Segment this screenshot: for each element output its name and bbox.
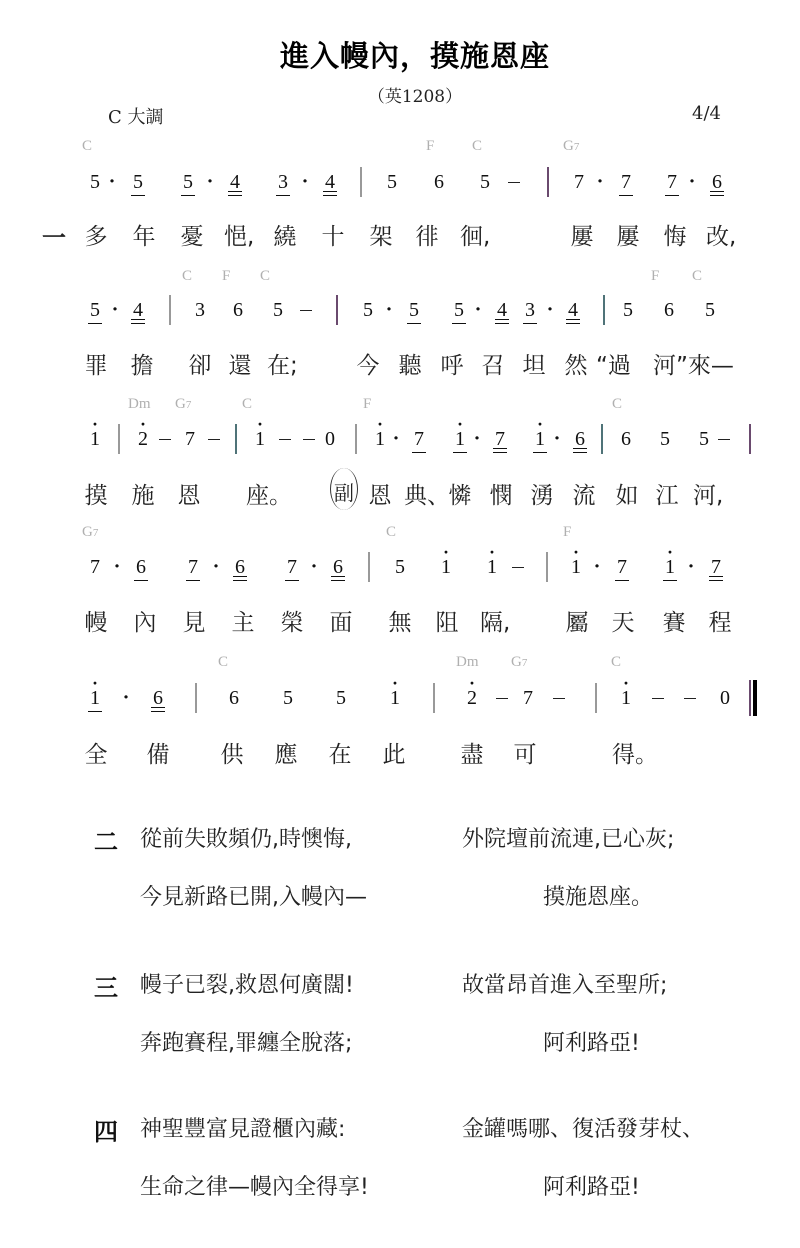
lyric-syllable: 年 xyxy=(130,218,158,251)
verse-line: 幔子已裂,救恩何廣闊! xyxy=(140,968,354,999)
chord-symbol: G7 xyxy=(82,524,98,541)
chord-symbol: C xyxy=(218,654,228,671)
bar-line xyxy=(595,683,597,713)
chord-symbol: F xyxy=(363,396,371,413)
note: 1 xyxy=(436,555,456,579)
verse-line: 故當昂首進入至聖所; xyxy=(462,968,667,999)
dotted-note-dot: · xyxy=(684,555,698,579)
lyric-syllable: 可 xyxy=(511,736,539,769)
lyric-syllable: 坦 xyxy=(520,347,548,380)
lyric-syllable: 呼 xyxy=(438,347,466,380)
chord-label: C xyxy=(218,654,228,670)
chord-symbol: C xyxy=(242,396,252,413)
note: 5 xyxy=(618,298,638,322)
chord-label: F xyxy=(426,138,434,154)
sustain-dash xyxy=(157,427,173,451)
lyric-syllable: 架 xyxy=(367,218,395,251)
lyric-syllable: 今 xyxy=(354,347,382,380)
note: 7 xyxy=(490,427,510,451)
chord-label: C xyxy=(472,138,482,154)
lyric-syllable: 應 xyxy=(272,736,300,769)
note: 1 xyxy=(450,427,470,451)
chord-symbol: C xyxy=(260,268,270,285)
note: 6 xyxy=(659,298,679,322)
verse-number: 二 xyxy=(94,822,118,857)
note: 4 xyxy=(563,298,583,322)
lyric-syllable: 聽 xyxy=(396,347,424,380)
sustain-dash xyxy=(277,427,293,451)
note: 6 xyxy=(230,555,250,579)
bar-line xyxy=(547,167,549,197)
verse-line: 今見新路已開,入幔內— xyxy=(140,880,367,911)
chord-extension: 7 xyxy=(522,657,528,669)
lyric-syllable: 供 xyxy=(218,736,246,769)
dotted-note-dot: · xyxy=(389,427,403,451)
bar-line xyxy=(360,167,362,197)
lyric-syllable: 湧 xyxy=(528,477,556,510)
note: 6 xyxy=(616,427,636,451)
lyric-syllable: 然 xyxy=(562,347,590,380)
note: 1 xyxy=(385,686,405,710)
dotted-note-dot: · xyxy=(471,298,485,322)
note: 5 xyxy=(694,427,714,451)
lyric-syllable: 繞 xyxy=(271,218,299,251)
dotted-note-dot: · xyxy=(119,686,133,710)
verse-line: 生命之律—幔內全得享! xyxy=(140,1170,369,1201)
bar-line xyxy=(749,424,751,454)
note: 7 xyxy=(183,555,203,579)
note: 6 xyxy=(131,555,151,579)
chord-label: Dm xyxy=(128,396,151,412)
lyric-syllable: 卻 xyxy=(186,347,214,380)
thick-bar xyxy=(753,680,757,716)
bar-line xyxy=(195,683,197,713)
lyric-syllable: 憐 xyxy=(446,477,474,510)
chord-symbol: F xyxy=(426,138,434,155)
final-bar-line xyxy=(749,680,757,716)
note: 7 xyxy=(282,555,302,579)
note: 6 xyxy=(228,298,248,322)
note: 3 xyxy=(520,298,540,322)
note: 5 xyxy=(358,298,378,322)
note: 7 xyxy=(662,170,682,194)
chord-label: Dm xyxy=(456,654,479,670)
sustain-dash xyxy=(510,555,526,579)
lyric-syllable: 罪 xyxy=(82,347,110,380)
chord-label: C xyxy=(386,524,396,540)
sustain-dash xyxy=(551,686,567,710)
dotted-note-dot: · xyxy=(593,170,607,194)
note: 1 xyxy=(530,427,550,451)
note: 3 xyxy=(273,170,293,194)
lyric-syllable: 屢 xyxy=(568,218,596,251)
lyric-syllable: 典、 xyxy=(404,477,450,510)
chord-label: C xyxy=(242,396,252,412)
chord-extension: 7 xyxy=(93,527,99,539)
chorus-parentheses-icon xyxy=(330,468,358,510)
note: 1 xyxy=(370,427,390,451)
verse-line: 奔跑賽程,罪纏全脫落; xyxy=(140,1026,352,1057)
note: 2 xyxy=(462,686,482,710)
dotted-note-dot: · xyxy=(543,298,557,322)
lyric-syllable: 面 xyxy=(327,604,355,637)
note: 7 xyxy=(409,427,429,451)
lyric-syllable: 流 xyxy=(570,477,598,510)
sustain-dash xyxy=(298,298,314,322)
note: 5 xyxy=(331,686,351,710)
note: 5 xyxy=(475,170,495,194)
chord-symbol: G7 xyxy=(175,396,191,413)
bar-line xyxy=(546,552,548,582)
bar-line xyxy=(433,683,435,713)
lyric-syllable: “過 xyxy=(596,347,631,380)
verse-line: 摸施恩座。 xyxy=(543,880,653,911)
note: 5 xyxy=(404,298,424,322)
chord-symbol: C xyxy=(472,138,482,155)
note: 5 xyxy=(655,427,675,451)
chord-label: G xyxy=(175,396,186,412)
lyric-syllable: 隔, xyxy=(480,604,510,637)
chord-label: C xyxy=(692,268,702,284)
lyric-syllable: 如 xyxy=(613,477,641,510)
lyric-syllable: 無 xyxy=(386,604,414,637)
lyric-syllable: 悔 xyxy=(661,218,689,251)
bar-line xyxy=(355,424,357,454)
thin-bar xyxy=(749,680,751,716)
lyric-syllable: 恩 xyxy=(175,477,203,510)
lyric-syllable: 施 xyxy=(129,477,157,510)
note: 7 xyxy=(569,170,589,194)
note: 1 xyxy=(566,555,586,579)
dotted-note-dot: · xyxy=(382,298,396,322)
note: 6 xyxy=(148,686,168,710)
bar-line xyxy=(601,424,603,454)
verse-line: 神聖豐富見證櫃內藏: xyxy=(140,1112,345,1143)
lyric-syllable: 座。 xyxy=(246,477,292,510)
lyric-syllable: 召 xyxy=(479,347,507,380)
note: 5 xyxy=(390,555,410,579)
lyric-syllable: 內 xyxy=(131,604,159,637)
chord-label: G xyxy=(511,654,522,670)
dotted-note-dot: · xyxy=(298,170,312,194)
lyric-syllable: 悒, xyxy=(224,218,254,251)
note: 5 xyxy=(268,298,288,322)
chord-symbol: C xyxy=(611,654,621,671)
lyric-syllable: 憫 xyxy=(487,477,515,510)
note: 5 xyxy=(85,170,105,194)
lyric-syllable: 屬 xyxy=(563,604,591,637)
note: 5 xyxy=(278,686,298,710)
chord-label: F xyxy=(563,524,571,540)
note: 5 xyxy=(85,298,105,322)
lyric-syllable: 摸 xyxy=(82,477,110,510)
note: 5 xyxy=(449,298,469,322)
sustain-dash xyxy=(206,427,222,451)
lyric-syllable: 徘 xyxy=(413,218,441,251)
chord-symbol: C xyxy=(612,396,622,413)
sustain-dash xyxy=(301,427,317,451)
lyric-syllable: 恩 xyxy=(366,477,394,510)
dotted-note-dot: · xyxy=(110,555,124,579)
lyric-syllable: 此 xyxy=(380,736,408,769)
lyric-syllable: 徊, xyxy=(460,218,490,251)
note: 4 xyxy=(320,170,340,194)
verse-number: 三 xyxy=(94,968,118,1003)
dotted-note-dot: · xyxy=(108,298,122,322)
chord-symbol: C xyxy=(182,268,192,285)
time-signature: 4/4 xyxy=(692,103,721,124)
verse-number: 一 xyxy=(40,218,68,253)
bar-line xyxy=(368,552,370,582)
chord-symbol: C xyxy=(386,524,396,541)
chord-symbol: F xyxy=(222,268,230,285)
note: 1 xyxy=(616,686,636,710)
lyric-syllable: 幔 xyxy=(82,604,110,637)
lyric-syllable: 在 xyxy=(326,736,354,769)
note: 1 xyxy=(482,555,502,579)
bar-line xyxy=(118,424,120,454)
chord-label: C xyxy=(182,268,192,284)
note: 4 xyxy=(225,170,245,194)
lyric-syllable: 得。 xyxy=(612,736,658,769)
chorus-marker: 副 xyxy=(332,477,356,506)
key-signature: C 大調 xyxy=(108,103,164,129)
chord-symbol: Dm xyxy=(128,396,151,413)
lyric-syllable: 多 xyxy=(82,218,110,251)
lyric-syllable: 見 xyxy=(180,604,208,637)
note: 7 xyxy=(616,170,636,194)
note: 1 xyxy=(85,686,105,710)
chord-symbol: F xyxy=(651,268,659,285)
lyric-syllable: 還 xyxy=(226,347,254,380)
note: 5 xyxy=(382,170,402,194)
dotted-note-dot: · xyxy=(203,170,217,194)
lyric-syllable: 改, xyxy=(706,218,736,251)
chord-label: F xyxy=(363,396,371,412)
lyric-syllable: 憂 xyxy=(178,218,206,251)
note: 7 xyxy=(180,427,200,451)
chord-extension: 7 xyxy=(574,141,580,153)
sustain-dash xyxy=(494,686,510,710)
note: 0 xyxy=(715,686,735,710)
note: 1 xyxy=(660,555,680,579)
lyric-syllable: 河, xyxy=(693,477,723,510)
dotted-note-dot: · xyxy=(685,170,699,194)
lyric-syllable: 全 xyxy=(82,736,110,769)
verse-line: 阿利路亞! xyxy=(543,1026,640,1057)
sustain-dash xyxy=(682,686,698,710)
verse-number: 四 xyxy=(94,1112,118,1147)
lyric-syllable: 在; xyxy=(267,347,298,380)
lyric-syllable: 河”來— xyxy=(653,347,734,380)
note: 6 xyxy=(570,427,590,451)
chord-symbol: Dm xyxy=(456,654,479,671)
lyric-syllable: 擔 xyxy=(128,347,156,380)
lyric-syllable: 程 xyxy=(706,604,734,637)
lyric-syllable: 天 xyxy=(609,604,637,637)
chord-symbol: C xyxy=(692,268,702,285)
note: 2 xyxy=(133,427,153,451)
note: 5 xyxy=(178,170,198,194)
lyric-syllable: 盡 xyxy=(458,736,486,769)
chord-label: C xyxy=(260,268,270,284)
bar-line xyxy=(169,295,171,325)
chord-label: F xyxy=(651,268,659,284)
note: 1 xyxy=(85,427,105,451)
chord-symbol: F xyxy=(563,524,571,541)
sustain-dash xyxy=(506,170,522,194)
sustain-dash xyxy=(650,686,666,710)
lyric-syllable: 備 xyxy=(144,736,172,769)
chord-label: G xyxy=(563,138,574,154)
note: 1 xyxy=(250,427,270,451)
note: 7 xyxy=(85,555,105,579)
lyric-syllable: 賽 xyxy=(660,604,688,637)
note: 7 xyxy=(612,555,632,579)
dotted-note-dot: · xyxy=(470,427,484,451)
dotted-note-dot: · xyxy=(307,555,321,579)
chord-label: C xyxy=(82,138,92,154)
bar-line xyxy=(235,424,237,454)
note: 6 xyxy=(707,170,727,194)
note: 0 xyxy=(320,427,340,451)
hymn-title: 進入幔內，摸施恩座 xyxy=(0,34,800,75)
note: 6 xyxy=(328,555,348,579)
verse-line: 外院壇前流連,已心灰; xyxy=(462,822,674,853)
chord-symbol: G7 xyxy=(563,138,579,155)
lyric-syllable: 屢 xyxy=(614,218,642,251)
dotted-note-dot: · xyxy=(590,555,604,579)
chord-label: F xyxy=(222,268,230,284)
verse-line: 金罐嗎哪、復活發芽杖、 xyxy=(462,1112,704,1143)
lyric-syllable: 十 xyxy=(319,218,347,251)
lyric-syllable: 江 xyxy=(653,477,681,510)
note: 6 xyxy=(224,686,244,710)
lyric-syllable: 榮 xyxy=(278,604,306,637)
note: 7 xyxy=(518,686,538,710)
note: 7 xyxy=(706,555,726,579)
bar-line xyxy=(336,295,338,325)
dotted-note-dot: · xyxy=(105,170,119,194)
dotted-note-dot: · xyxy=(209,555,223,579)
verse-line: 從前失敗頻仍,時懊悔, xyxy=(140,822,352,853)
chord-symbol: G7 xyxy=(511,654,527,671)
lyric-syllable: 阻 xyxy=(433,604,461,637)
sustain-dash xyxy=(716,427,732,451)
verse-line: 阿利路亞! xyxy=(543,1170,640,1201)
chord-symbol: C xyxy=(82,138,92,155)
note: 4 xyxy=(492,298,512,322)
note: 6 xyxy=(429,170,449,194)
note: 4 xyxy=(128,298,148,322)
dotted-note-dot: · xyxy=(550,427,564,451)
note: 5 xyxy=(128,170,148,194)
chord-label: C xyxy=(612,396,622,412)
note: 3 xyxy=(190,298,210,322)
chord-extension: 7 xyxy=(186,399,192,411)
chord-label: C xyxy=(611,654,621,670)
bar-line xyxy=(603,295,605,325)
lyric-syllable: 主 xyxy=(229,604,257,637)
chord-label: G xyxy=(82,524,93,540)
note: 5 xyxy=(700,298,720,322)
